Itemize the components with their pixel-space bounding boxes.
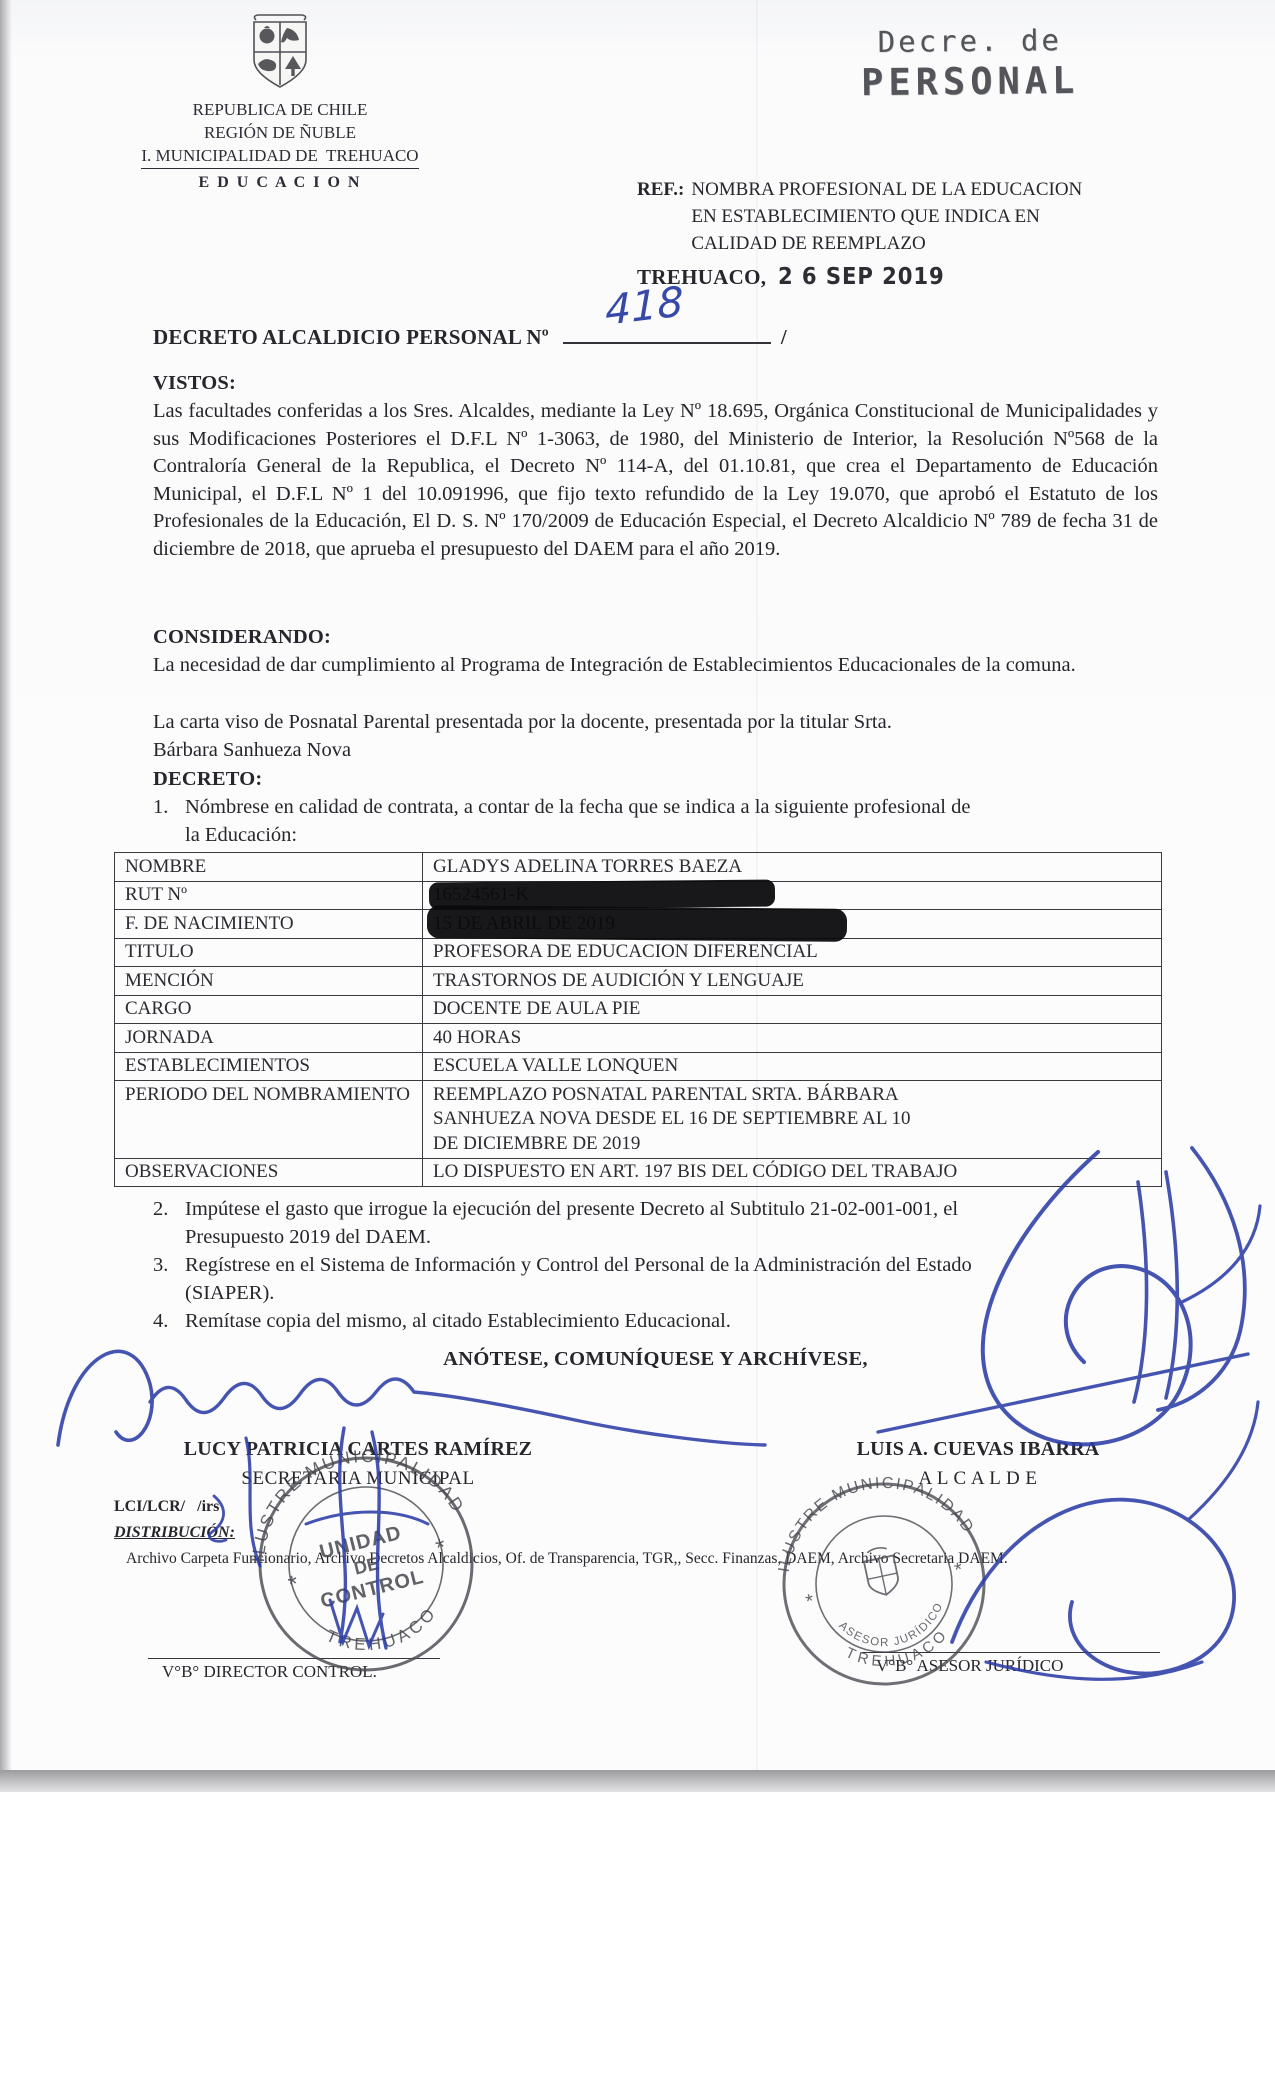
decreto-item-2: 2. Impútese el gasto que irrogue la ejec… <box>153 1196 1161 1251</box>
row-value: GLADYS ADELINA TORRES BAEZA <box>423 853 1162 882</box>
table-row: MENCIÓN TRASTORNOS DE AUDICIÓN Y LENGUAJ… <box>115 967 1162 996</box>
letterhead-country: REPUBLICA DE CHILE <box>120 98 440 121</box>
decreto-item-3: 3. Regístrese en el Sistema de Informaci… <box>153 1252 1161 1307</box>
stamp-inner-arc: ASESOR JURÍDICO <box>835 1598 952 1659</box>
distribution-list: Archivo Carpeta Funcionario, Archivo Dec… <box>126 1550 1181 1568</box>
row-value: TRASTORNOS DE AUDICIÓN Y LENGUAJE <box>423 967 1162 996</box>
letterhead-department: E D U C A C I O N <box>120 171 440 194</box>
ref-label: REF.: <box>637 176 684 257</box>
letterhead-region: REGIÓN DE ÑUBLE <box>120 121 440 144</box>
ref-block: REF.: NOMBRA PROFESIONAL DE LA EDUCACION… <box>637 176 1137 257</box>
svg-text:TREHUACO: TREHUACO <box>320 1599 447 1666</box>
signature-rule <box>862 1652 1160 1653</box>
table-row: TITULO PROFESORA DE EDUCACION DIFERENCIA… <box>115 938 1162 967</box>
row-label: MENCIÓN <box>115 967 423 996</box>
handwritten-decree-number: 418 <box>605 277 684 335</box>
stamp-line-1: Decre. de <box>815 22 1125 59</box>
row-value: ESCUELA VALLE LONQUEN <box>423 1052 1162 1081</box>
stamp-star-left: * <box>804 1590 816 1613</box>
scanned-decree-page: REPUBLICA DE CHILE REGIÓN DE ÑUBLE I. MU… <box>0 0 1275 1792</box>
vistos-heading: VISTOS: <box>153 372 236 395</box>
row-label: PERIODO DEL NOMBRAMIENTO <box>115 1081 423 1159</box>
table-row: F. DE NACIMIENTO 15 DE ABRIL DE 2019 <box>115 910 1162 939</box>
decreto-item-4: 4. Remítase copia del mismo, al citado E… <box>153 1308 1161 1336</box>
stamp-star-left: * <box>286 1570 302 1598</box>
date-stamp: 2 6 SEP 2019 <box>778 264 945 290</box>
municipal-coat-of-arms-icon <box>244 12 316 98</box>
distribution-label: DISTRIBUCIÓN: <box>114 1524 235 1542</box>
letterhead-municipality: I. MUNICIPALIDAD DE TREHUACO <box>120 144 440 169</box>
item-number: 4. <box>153 1308 185 1336</box>
signatory-right: LUIS A. CUEVAS IBARRA A L C A L D E <box>818 1438 1138 1490</box>
signature-rule <box>148 1658 440 1659</box>
vistos-body: Las facultades conferidas a los Sres. Al… <box>153 398 1158 563</box>
row-label: F. DE NACIMIENTO <box>115 910 423 939</box>
row-value: REEMPLAZO POSNATAL PARENTAL SRTA. BÁRBAR… <box>423 1081 1162 1159</box>
vb-label: V°B° DIRECTOR CONTROL. <box>148 1662 440 1682</box>
svg-text:ASESOR JURÍDICO: ASESOR JURÍDICO <box>835 1598 952 1659</box>
table-row: JORNADA 40 HORAS <box>115 1024 1162 1053</box>
dateline: TREHUACO, 2 6 SEP 2019 <box>637 264 959 290</box>
ref-line: NOMBRA PROFESIONAL DE LA EDUCACION <box>691 176 1082 203</box>
item-number: 3. <box>153 1252 185 1307</box>
redaction-bar <box>427 905 847 942</box>
letterhead: REPUBLICA DE CHILE REGIÓN DE ÑUBLE I. MU… <box>120 12 440 194</box>
item-text: Impútese el gasto que irrogue la ejecuci… <box>185 1196 1161 1251</box>
paper-torn-edge <box>0 0 12 1792</box>
row-value: 15 DE ABRIL DE 2019 <box>423 910 1162 939</box>
row-value: LO DISPUESTO EN ART. 197 BIS DEL CÓDIGO … <box>423 1158 1162 1187</box>
table-row: ESTABLECIMIENTOS ESCUELA VALLE LONQUEN <box>115 1052 1162 1081</box>
signatory-left: LUCY PATRICIA CARTES RAMÍREZ SECRETARIA … <box>118 1438 598 1490</box>
decree-number-blank: 418 <box>563 324 771 344</box>
decree-number-line: DECRETO ALCALDICIO PERSONAL Nº418/ <box>153 324 787 350</box>
vb-director-control: V°B° DIRECTOR CONTROL. <box>148 1658 440 1682</box>
item-number: 1. <box>153 794 185 849</box>
vb-label: V°B° ASESOR JURÍDICO <box>862 1656 1160 1676</box>
item-text: Regístrese en el Sistema de Información … <box>185 1252 1161 1307</box>
item-number: 2. <box>153 1196 185 1251</box>
closing-formula: ANÓTESE, COMUNÍQUESE Y ARCHÍVESE, <box>153 1348 1158 1371</box>
ref-line: EN ESTABLECIMIENTO QUE INDICA EN <box>691 203 1082 230</box>
row-value: DOCENTE DE AULA PIE <box>423 995 1162 1024</box>
table-row: NOMBRE GLADYS ADELINA TORRES BAEZA <box>115 853 1162 882</box>
signatory-title: A L C A L D E <box>818 1468 1138 1490</box>
row-value: PROFESORA DE EDUCACION DIFERENCIAL <box>423 938 1162 967</box>
table-row: CARGO DOCENTE DE AULA PIE <box>115 995 1162 1024</box>
signatory-name: LUCY PATRICIA CARTES RAMÍREZ <box>118 1438 598 1461</box>
page-bottom-shadow <box>0 1770 1275 1792</box>
row-label: NOMBRE <box>115 853 423 882</box>
responsibility-initials: LCI/LCR/ /irs <box>114 1498 219 1516</box>
row-label: ESTABLECIMIENTOS <box>115 1052 423 1081</box>
stamp-center-line3: CONTROL <box>318 1566 426 1613</box>
ref-lines: NOMBRA PROFESIONAL DE LA EDUCACION EN ES… <box>691 176 1082 257</box>
stamp-line-2: PERSONAL <box>815 58 1125 104</box>
table-row: OBSERVACIONES LO DISPUESTO EN ART. 197 B… <box>115 1158 1162 1187</box>
row-label: TITULO <box>115 938 423 967</box>
decree-number-label: DECRETO ALCALDICIO PERSONAL Nº <box>153 325 549 349</box>
vb-asesor-juridico: V°B° ASESOR JURÍDICO <box>862 1652 1160 1676</box>
signatory-name: LUIS A. CUEVAS IBARRA <box>818 1438 1138 1461</box>
row-value: 40 HORAS <box>423 1024 1162 1053</box>
considerando-paragraph-1: La necesidad de dar cumplimiento al Prog… <box>153 652 1158 680</box>
row-label: CARGO <box>115 995 423 1024</box>
considerando-paragraph-2: La carta viso de Posnatal Parental prese… <box>153 709 1158 764</box>
row-label: JORNADA <box>115 1024 423 1053</box>
ref-line: CALIDAD DE REEMPLAZO <box>691 230 1082 257</box>
personal-decree-stamp: Decre. de PERSONAL <box>815 22 1126 104</box>
signatory-title: SECRETARIA MUNICIPAL <box>118 1468 598 1490</box>
table-row: RUT Nº 16524561-K <box>115 881 1162 910</box>
appointment-table: NOMBRE GLADYS ADELINA TORRES BAEZA RUT N… <box>114 852 1162 1187</box>
decreto-heading: DECRETO: <box>153 768 262 791</box>
item-text: Nómbrese en calidad de contrata, a conta… <box>185 794 1161 849</box>
stamp-ring-bottom: TREHUACO <box>320 1599 447 1666</box>
row-label: RUT Nº <box>115 881 423 910</box>
row-label: OBSERVACIONES <box>115 1158 423 1187</box>
item-text: Remítase copia del mismo, al citado Esta… <box>185 1308 1161 1336</box>
decree-number-slash: / <box>781 325 787 349</box>
table-row: PERIODO DEL NOMBRAMIENTO REEMPLAZO POSNA… <box>115 1081 1162 1159</box>
considerando-heading: CONSIDERANDO: <box>153 626 331 649</box>
decreto-item-1: 1. Nómbrese en calidad de contrata, a co… <box>153 794 1161 849</box>
